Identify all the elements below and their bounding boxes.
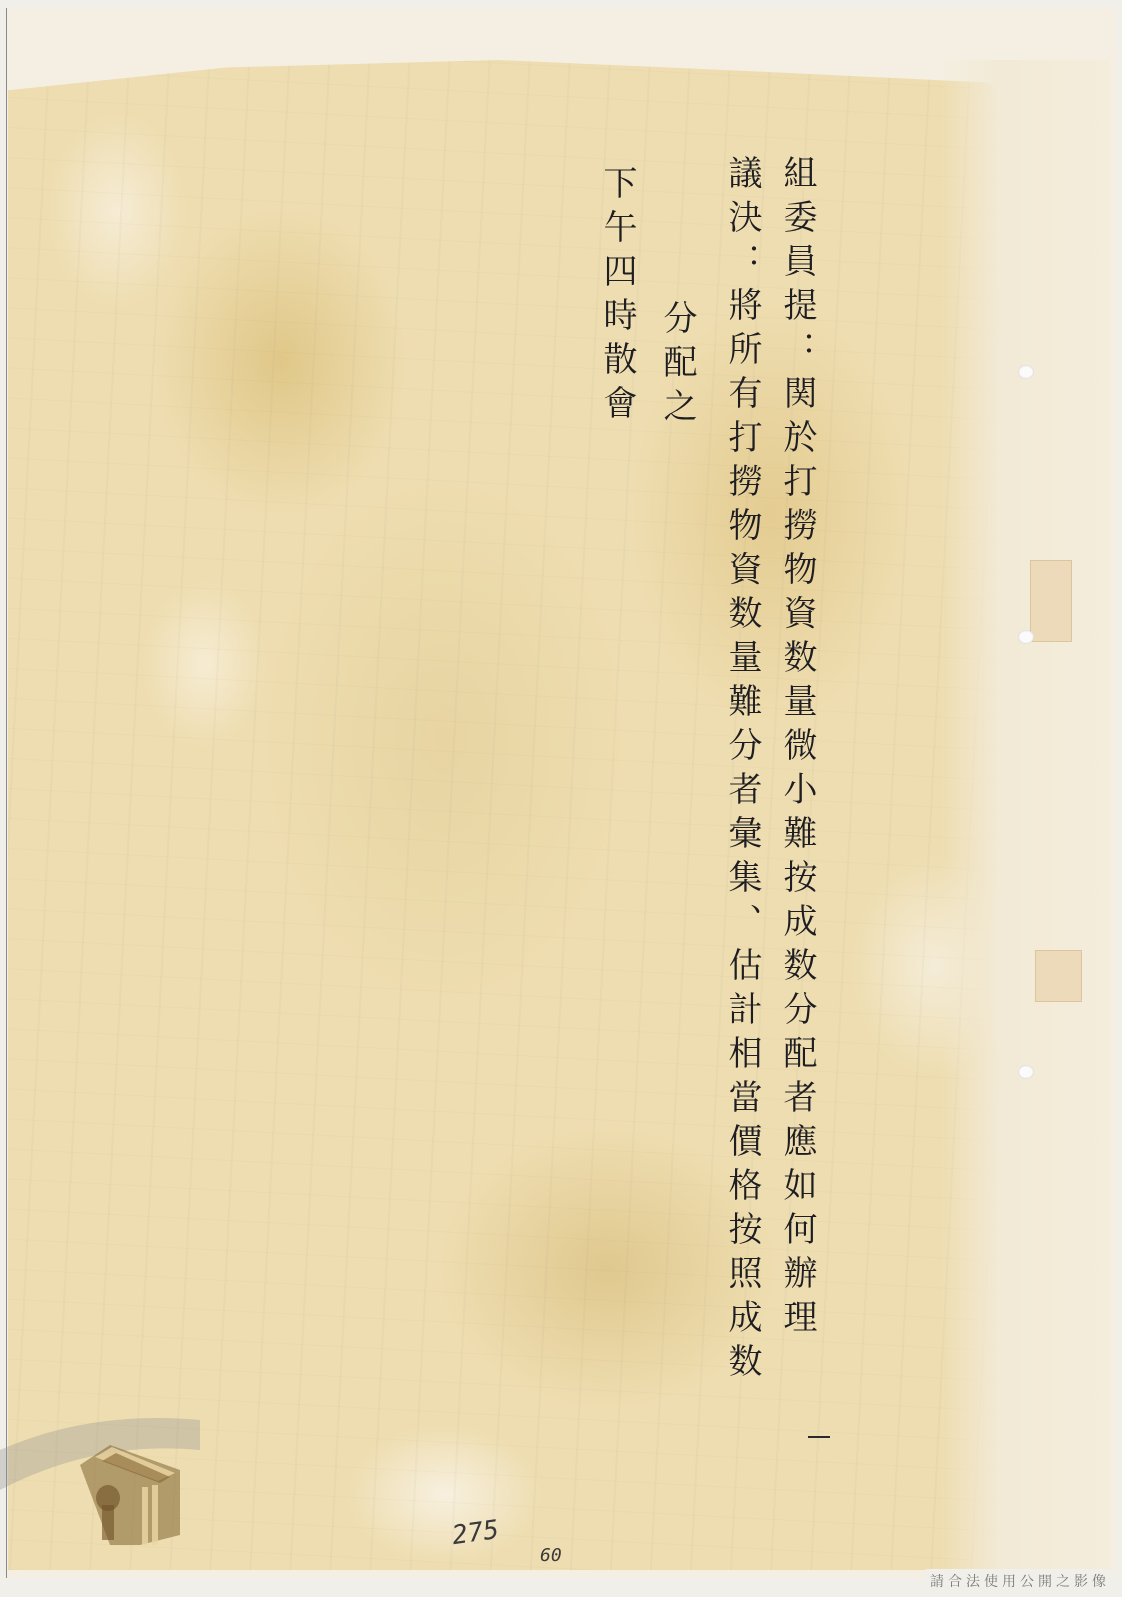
minutes-column-resolution: 議決：將所有打撈物資数量難分者彙集、估計相當價格按照成数 — [725, 155, 759, 1387]
minutes-column-adjournment: 下午四時散會 — [600, 165, 634, 429]
punch-hole — [1018, 630, 1034, 644]
repair-tape — [1030, 560, 1072, 642]
minutes-column-proposal: 組委員提：関於打撈物資数量微小難按成数分配者應如何辦理 — [780, 155, 814, 1343]
punch-hole — [1018, 365, 1034, 379]
ink-underline-mark — [808, 1436, 830, 1438]
minutes-column-resolution-continued: 分配之 — [660, 300, 694, 432]
repair-tape — [1035, 950, 1082, 1002]
document-paper — [8, 60, 1098, 1570]
punch-hole — [1018, 1065, 1034, 1079]
paper-right-margin — [940, 60, 1110, 1570]
page-number-sub: 60 — [540, 1545, 562, 1566]
usage-notice: 請合法使用公開之影像 — [926, 1569, 1114, 1593]
